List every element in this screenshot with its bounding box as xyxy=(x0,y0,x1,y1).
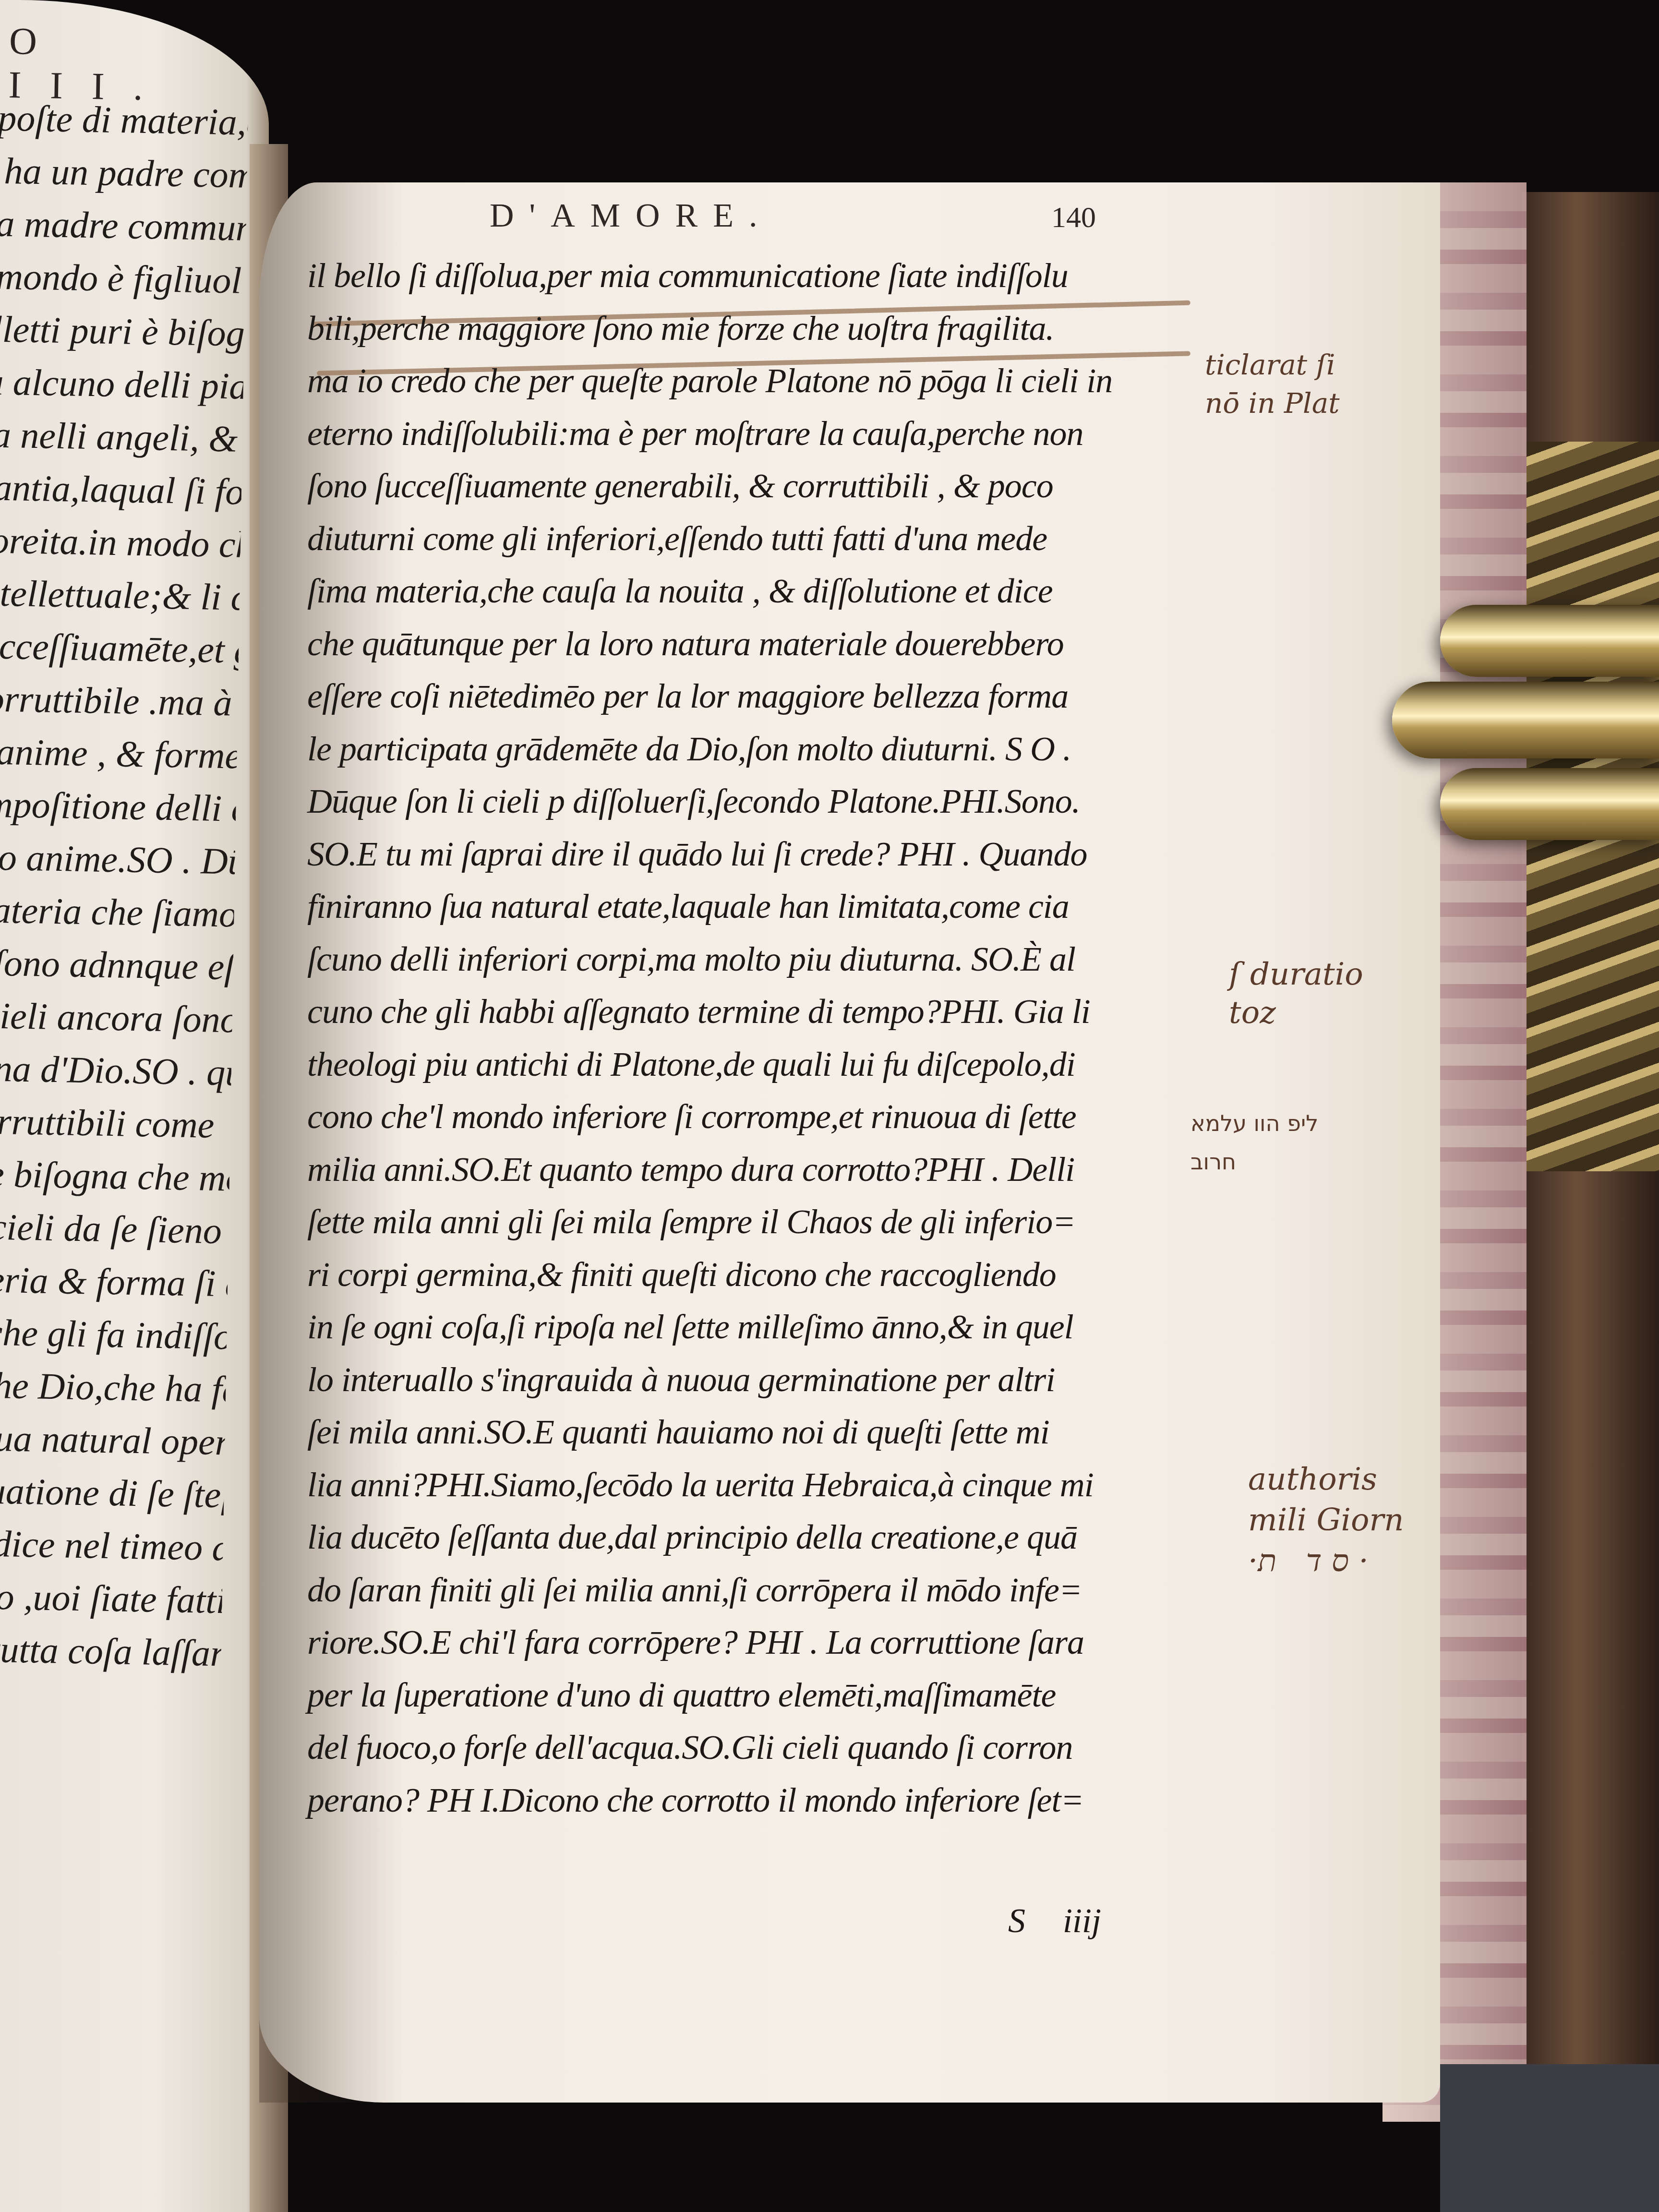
text-line: ma io credo che per queſte parole Platon… xyxy=(307,355,1219,408)
text-line: cuno che gli habbi aſſegnato termine di … xyxy=(307,986,1219,1038)
text-line: loro ,uoi ſiate fatti xyxy=(0,1570,223,1627)
brass-clasp-finger xyxy=(1392,682,1659,758)
text-line: il bello ſi diſſolua,per mia communicati… xyxy=(307,250,1219,302)
text-line: ſtantia,laqual ſi form xyxy=(0,461,242,518)
text-line: eſſere coſi niētedimēo per la lor maggio… xyxy=(307,670,1219,723)
signature-mark: S iiij xyxy=(1008,1901,1101,1941)
left-page: O III. npoſte di materia,et li p e ha un… xyxy=(0,0,269,2212)
text-line: per la ſuperatione d'uno di quattro elem… xyxy=(307,1669,1219,1722)
text-line: rouatione di ſe ſteſſo xyxy=(0,1464,224,1522)
signature-letter: S xyxy=(1008,1901,1025,1940)
text-line: poreita.in modo che xyxy=(0,514,241,571)
text-line: o ſua natural opera xyxy=(0,1411,225,1469)
book-photo: O III. npoſte di materia,et li p e ha un… xyxy=(0,0,1659,2212)
text-line: bili,perche maggiore ſono mie forze che … xyxy=(307,302,1219,355)
text-line: e ha un padre commu xyxy=(0,144,247,202)
text-line: eterno indiſſolubili:ma è per moſtrare l… xyxy=(307,408,1219,460)
text-line: riore.SO.E chi'l fara corrōpere? PHI . L… xyxy=(307,1616,1219,1669)
brass-clasp-finger xyxy=(1440,605,1659,677)
text-line: materia che ſiamo noi xyxy=(0,883,235,941)
text-line: o anime , & forme d xyxy=(0,725,237,782)
text-line: i cieli ancora ſono ſe xyxy=(0,989,233,1046)
table-surface xyxy=(1440,2064,1659,2212)
text-line: theologi piu antichi di Platone,de quali… xyxy=(307,1038,1219,1091)
text-line: do ſaran finiti gli ſei milia anni,ſi co… xyxy=(307,1564,1219,1617)
marginal-note: authoris mili Giorn ·ס ד ת · xyxy=(1248,1459,1404,1582)
left-running-head: O III. xyxy=(0,19,250,96)
text-line: fu alcuno delli pia xyxy=(0,355,244,413)
text-line: lia anni?PHI.Siamo,ſecōdo la uerita Hebr… xyxy=(307,1459,1219,1512)
signature-number: iiij xyxy=(1063,1901,1101,1940)
text-line: ſei mila anni.SO.E quanti hauiamo noi di… xyxy=(307,1406,1219,1459)
hebrew-marginal-note: ליפ הוו עלמא חרוב xyxy=(1190,1104,1318,1181)
text-line: ſima materia,che cauſa la nouita , & diſ… xyxy=(307,565,1219,618)
marginal-note: ticlarat ſi nō in Plat xyxy=(1205,346,1340,422)
text-line: i che Dio,che ha fa xyxy=(0,1358,226,1416)
text-line: erna d'Dio.SO . quā xyxy=(0,1042,232,1099)
text-line: corruttibili come xyxy=(0,1094,231,1152)
brass-clasp-finger xyxy=(1440,768,1659,840)
text-line: che quātunque per la loro natura materia… xyxy=(307,618,1219,671)
text-line: oro anime.SO . Dūqu xyxy=(0,830,235,888)
text-line: ſcuno delli inferiori corpi,ma molto piu… xyxy=(307,933,1219,986)
text-line: SO.E tu mi ſaprai dire il quādo lui ſi c… xyxy=(307,828,1219,881)
running-head: D'AMORE. xyxy=(490,197,772,235)
text-line: cono che'l mondo inferiore ſi corrompe,e… xyxy=(307,1091,1219,1143)
text-line: ſono ſucceſſiuamente generabili, & corru… xyxy=(307,460,1219,513)
text-line: perano? PH I.Dicono che corrotto il mond… xyxy=(307,1774,1219,1827)
text-line: ſucceſſiuamēte,et gli xyxy=(0,619,239,677)
text-line: l mondo è figliuol di xyxy=(0,250,246,307)
text-line: lia ducēto ſeſſanta due,dal principio de… xyxy=(307,1511,1219,1564)
text-line: ſette mila anni gli ſei mila ſempre il C… xyxy=(307,1196,1219,1249)
text-line: intellettuale;& li c xyxy=(0,566,240,624)
text-line: orrutta coſa laſſar ch xyxy=(0,1622,222,1680)
text-line: corruttibile .ma à qu xyxy=(0,672,238,730)
text-line: lo interuallo s'ingrauida à nuoua germin… xyxy=(307,1354,1219,1407)
text-line: in ſe ogni coſa,ſi ripoſa nel ſette mill… xyxy=(307,1301,1219,1354)
text-line: Dūque ſon li cieli p diſſoluerſi,ſecondo… xyxy=(307,775,1219,828)
text-line: diuturni come gli inferiori,eſſendo tutt… xyxy=(307,513,1219,565)
text-line: milia anni.SO.Et quanto tempo dura corro… xyxy=(307,1143,1219,1196)
text-line: a,che gli fa indiſſolu xyxy=(0,1306,227,1363)
text-line: del fuoco,o forſe dell'acqua.SO.Gli ciel… xyxy=(307,1721,1219,1774)
text-line: elletti puri è biſogn xyxy=(0,302,245,360)
text-line: oſſono adnnque eſſe xyxy=(0,936,234,994)
text-line: ompoſitione delli cor xyxy=(0,778,236,835)
page-number: 140 xyxy=(1051,201,1096,235)
text-line: ua nelli angeli, & d xyxy=(0,408,243,466)
text-line: ēte biſogna che mo xyxy=(0,1147,230,1205)
left-page-text: O III. npoſte di materia,et li p e ha un… xyxy=(0,19,250,1680)
text-line: na madre commune d xyxy=(0,197,246,254)
text-line: npoſte di materia,et li p xyxy=(0,91,248,149)
right-page-text: il bello ſi diſſolua,per mia communicati… xyxy=(307,250,1219,1827)
marginal-note: ſ duratio toz xyxy=(1229,955,1363,1032)
text-line: la.dice nel timeo di xyxy=(0,1517,223,1575)
text-line: ateria & forma ſi d xyxy=(0,1253,228,1310)
text-line: li cieli da ſe ſieno di xyxy=(0,1200,229,1258)
text-line: ri corpi germina,& finiti queſti dicono … xyxy=(307,1249,1219,1301)
text-line: le participata grādemēte da Dio,ſon molt… xyxy=(307,723,1219,776)
text-line: finiranno ſua natural etate,laquale han … xyxy=(307,880,1219,933)
